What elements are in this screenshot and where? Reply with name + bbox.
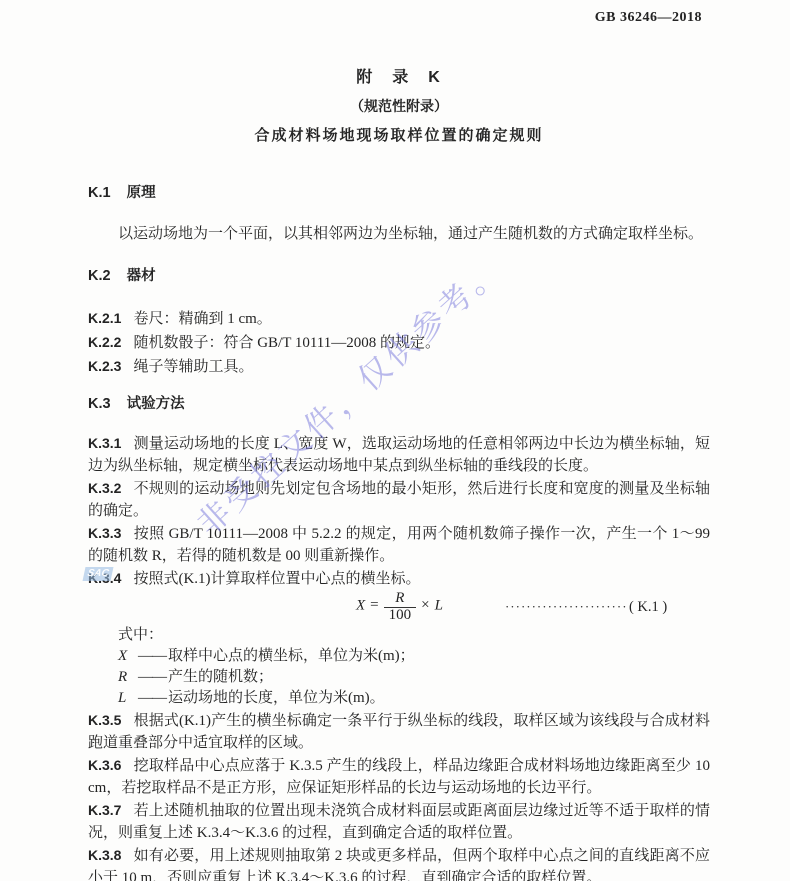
clause-k2-3-text: 绳子等辅助工具。 — [133, 359, 253, 375]
clause-k2-1-number: K.2.1 — [88, 310, 121, 326]
definition-l-text: 运动场地的长度，单位为米(m)。 — [168, 690, 385, 706]
section-k3-body: K.3.1测量运动场地的长度 L、宽度 W，选取运动场地的任意相邻两边中长边为横… — [88, 432, 710, 881]
clause-k3-4-text: 按照式(K.1)计算取样位置中心点的横坐标。 — [133, 571, 420, 587]
section-k2-items: K.2.1卷尺：精确到 1 cm。 K.2.2随机数骰子：符合 GB/T 101… — [88, 307, 710, 379]
section-k3-title: 试验方法 — [127, 396, 185, 412]
document-page: GB 36246—2018 非受控文件，仅供参考。 SAC 附 录 K （规范性… — [0, 0, 790, 881]
section-k2-heading: K.2器材 — [88, 266, 710, 286]
numerator-symbol: R — [395, 590, 404, 606]
section-k1-heading: K.1原理 — [88, 183, 710, 203]
section-k2-title: 器材 — [127, 268, 156, 284]
clause-k3-2-text: 不规则的运动场地则先划定包含场地的最小矩形，然后进行长度和宽度的测量及坐标轴的确… — [88, 481, 710, 519]
appendix-heading: 附 录 K — [88, 64, 710, 87]
fraction-denominator: 100 — [384, 608, 417, 624]
clause-k3-2-number: K.3.2 — [88, 480, 121, 496]
clause-k3-1-text: 测量运动场地的长度 L、宽度 W，选取运动场地的任意相邻两边中长边为横坐标轴，短… — [88, 436, 710, 474]
section-k1-paragraph: 以运动场地为一个平面，以其相邻两边为坐标轴，通过产生随机数的方式确定取样坐标。 — [88, 223, 710, 246]
appendix-type: （规范性附录） — [88, 96, 710, 116]
formula-rhs: L — [435, 597, 443, 613]
clause-k2-3: K.2.3绳子等辅助工具。 — [88, 355, 710, 379]
symbol-l: L — [118, 688, 134, 709]
clause-k3-6-number: K.3.6 — [88, 757, 121, 773]
definition-dash: —— — [138, 669, 166, 685]
definition-r-text: 产生的随机数； — [168, 669, 273, 685]
multiply-sign: × — [421, 597, 429, 613]
clause-k3-1-number: K.3.1 — [88, 435, 121, 451]
equals-sign: = — [370, 597, 378, 613]
standard-number: GB 36246—2018 — [595, 10, 702, 26]
clause-k3-7-text: 若上述随机抽取的位置出现未浇筑合成材料面层或距离面层边缘过近等不适于取样的情况，… — [88, 803, 710, 841]
clause-k3-5-number: K.3.5 — [88, 712, 121, 728]
page-content: 附 录 K （规范性附录） 合成材料场地现场取样位置的确定规则 K.1原理 以运… — [0, 0, 790, 881]
definition-dash: —— — [138, 690, 166, 706]
formula-k1-row: X=R100×L ·························· ( K.… — [88, 590, 710, 624]
clause-k3-4: K.3.4按照式(K.1)计算取样位置中心点的横坐标。 — [88, 567, 710, 590]
section-k1-title: 原理 — [127, 185, 156, 201]
clause-k2-2-number: K.2.2 — [88, 334, 121, 350]
definition-x: X——取样中心点的横坐标，单位为米(m)； — [88, 646, 710, 667]
definition-l: L——运动场地的长度，单位为米(m)。 — [88, 688, 710, 709]
definition-x-text: 取样中心点的横坐标，单位为米(m)； — [168, 648, 415, 664]
clause-k2-1-text: 卷尺：精确到 1 cm。 — [133, 311, 271, 327]
clause-k3-4-number: K.3.4 — [88, 570, 121, 586]
clause-k3-2: K.3.2不规则的运动场地则先划定包含场地的最小矩形，然后进行长度和宽度的测量及… — [88, 477, 710, 522]
symbol-r: R — [118, 667, 134, 688]
clause-k2-2: K.2.2随机数骰子：符合 GB/T 10111—2008 的规定。 — [88, 331, 710, 355]
clause-k3-5: K.3.5根据式(K.1)产生的横坐标确定一条平行于纵坐标的线段，取样区域为该线… — [88, 709, 710, 754]
where-label: 式中： — [88, 624, 710, 646]
clause-k3-6-text: 挖取样品中心点应落于 K.3.5 产生的线段上，样品边缘距合成材料场地边缘距离至… — [88, 758, 710, 796]
clause-k3-6: K.3.6挖取样品中心点应落于 K.3.5 产生的线段上，样品边缘距合成材料场地… — [88, 754, 710, 799]
clause-k3-1: K.3.1测量运动场地的长度 L、宽度 W，选取运动场地的任意相邻两边中长边为横… — [88, 432, 710, 477]
section-k2-number: K.2 — [88, 268, 111, 284]
clause-k3-8-number: K.3.8 — [88, 847, 121, 863]
clause-k3-3-text: 按照 GB/T 10111—2008 中 5.2.2 的规定，用两个随机数筛子操… — [88, 526, 710, 564]
section-k3-heading: K.3试验方法 — [88, 394, 710, 414]
symbol-x: X — [118, 646, 134, 667]
clause-k3-8: K.3.8如有必要，用上述规则抽取第 2 块或更多样品，但两个取样中心点之间的直… — [88, 844, 710, 881]
clause-k2-1: K.2.1卷尺：精确到 1 cm。 — [88, 307, 710, 331]
clause-k2-3-number: K.2.3 — [88, 358, 121, 374]
dotted-leader: ·························· — [505, 596, 627, 618]
clause-k3-7: K.3.7若上述随机抽取的位置出现未浇筑合成材料面层或距离面层边缘过近等不适于取… — [88, 799, 710, 844]
clause-k2-2-text: 随机数骰子：符合 GB/T 10111—2008 的规定。 — [133, 335, 440, 351]
section-k1-number: K.1 — [88, 185, 111, 201]
clause-k3-3: K.3.3按照 GB/T 10111—2008 中 5.2.2 的规定，用两个随… — [88, 522, 710, 567]
fraction-numerator: R — [384, 591, 417, 608]
clause-k3-5-text: 根据式(K.1)产生的横坐标确定一条平行于纵坐标的线段，取样区域为该线段与合成材… — [88, 713, 710, 751]
clause-k3-8-text: 如有必要，用上述规则抽取第 2 块或更多样品，但两个取样中心点之间的直线距离不应… — [88, 848, 710, 881]
section-k3-number: K.3 — [88, 396, 111, 412]
clause-k3-7-number: K.3.7 — [88, 802, 121, 818]
formula-k1: X=R100×L — [356, 591, 443, 624]
formula-lhs: X — [356, 597, 365, 613]
formula-fraction: R100 — [384, 591, 417, 624]
definition-r: R——产生的随机数； — [88, 667, 710, 688]
definition-dash: —— — [138, 648, 166, 664]
formula-number-label: ( K.1 ) — [629, 596, 667, 618]
appendix-title: 合成材料场地现场取样位置的确定规则 — [88, 124, 710, 145]
clause-k3-3-number: K.3.3 — [88, 525, 121, 541]
